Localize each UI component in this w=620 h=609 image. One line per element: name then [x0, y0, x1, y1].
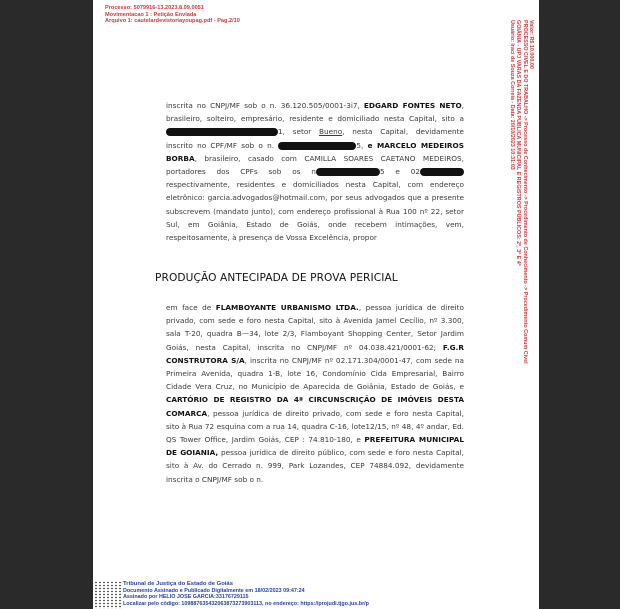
text: Bueno — [319, 127, 342, 136]
signature-footer: Tribunal de Justiça do Estado de Goiás D… — [93, 581, 539, 609]
process-stamp: Processo: 5079916-13.2023.8.09.0051 Movi… — [105, 5, 240, 25]
parties-paragraph: inscrita no CNPJ/MF sob o n. 36.120.505/… — [166, 99, 464, 244]
document-page: Processo: 5079916-13.2023.8.09.0051 Movi… — [93, 0, 539, 609]
text: em face de — [166, 303, 216, 312]
text: 1, setor — [278, 127, 319, 136]
signed-date: Documento Assinado e Publicado Digitalme… — [123, 588, 369, 595]
party-name: EDGARD FONTES NETO — [364, 101, 462, 110]
verification-link[interactable]: Localizar pelo código: 10988763543206387… — [123, 601, 369, 608]
text: respectivamente, residentes e domiciliad… — [166, 180, 464, 242]
text: inscrita no CNPJ/MF sob o n. 36.120.505/… — [166, 101, 364, 110]
process-number: Processo: 5079916-13.2023.8.09.0051 — [105, 5, 240, 12]
party-name: FLAMBOYANTE URBANISMO LTDA. — [216, 303, 359, 312]
side-stamp: Valor: R$ 10.000,00 PROCESSO CIVEL E DO … — [508, 20, 534, 364]
defendants-paragraph: em face de FLAMBOYANTE URBANISMO LTDA., … — [166, 301, 464, 486]
redaction — [420, 168, 464, 176]
redaction — [316, 168, 380, 176]
redaction — [278, 142, 356, 150]
text: 5 e 02 — [380, 167, 420, 176]
text: 5, — [356, 141, 367, 150]
side-stamp-user: Usuário: Iraci de Souza Correia - Data: … — [508, 20, 514, 364]
petition-title: PRODUÇÃO ANTECIPADA DE PROVA PERICIAL — [155, 272, 475, 284]
side-stamp-value: Valor: R$ 10.000,00 — [528, 20, 534, 364]
signer: Assinado por HELIO JOSE GARCIA:331767291… — [123, 594, 369, 601]
file-label: Arquivo 1: cautelardevistoriayoupag.pdf … — [105, 18, 240, 25]
signature-info: Tribunal de Justiça do Estado de Goiás D… — [123, 581, 369, 607]
movement-label: Movimentacao 1 : Petição Enviada — [105, 12, 240, 19]
court-name: Tribunal de Justiça do Estado de Goiás — [123, 581, 369, 588]
side-stamp-class: PROCESSO CIVEL E DO TRABALHO -> Processo… — [521, 20, 527, 364]
qr-code-icon — [95, 581, 121, 609]
redaction — [166, 128, 278, 136]
